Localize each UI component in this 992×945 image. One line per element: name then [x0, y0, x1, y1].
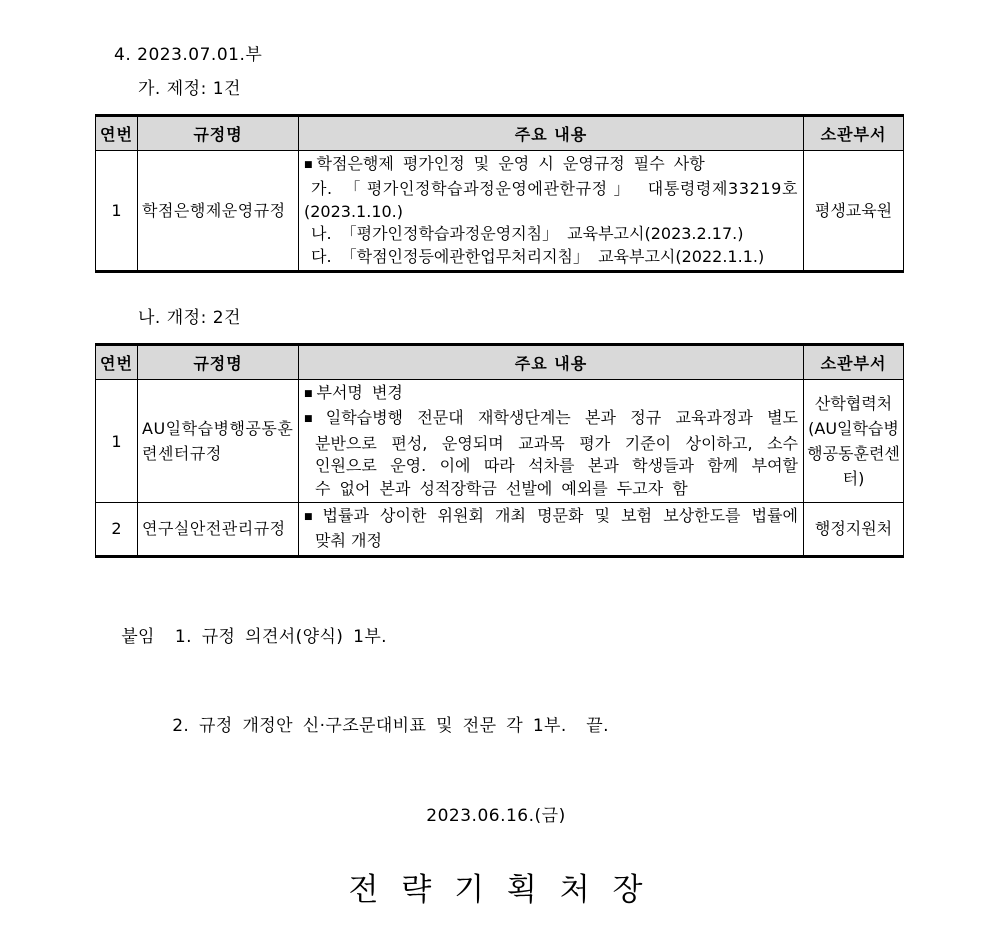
column-header-no: 연번: [96, 345, 138, 380]
attachment-item-2: 2. 규정 개정안 신·구조문대비표 및 전문 각 1부. 끝.: [172, 716, 609, 736]
table-row: 2 연구실안전관리규정 ■법률과 상이한 위원회 개최 명문화 및 보험 보상한…: [96, 503, 904, 557]
content-line: 분반으로 편성, 운영되며 교과목 평가 기준이 상이하고, 소수: [304, 433, 798, 455]
row-number: 2: [96, 503, 138, 557]
section-b-label: 나. 개정: 2건: [138, 308, 992, 329]
bullet-square-icon: ■: [304, 512, 319, 522]
department-cell: 평생교육원: [804, 151, 904, 272]
document-page: 4. 2023.07.01.부 가. 제정: 1건 연번 규정명 주요 내용 소…: [0, 0, 992, 945]
content-line: 나. 「평가인정학습과정운영지침」 교육부고시(2023.2.17.): [304, 223, 798, 245]
document-date: 2023.06.16.(금): [0, 801, 992, 826]
content-line: ■학점은행제 평가인정 및 운영 시 운영규정 필수 사항: [304, 153, 798, 178]
department-cell: 산학협력처 (AU일학습병행공동훈련센터): [804, 380, 904, 503]
attachment-line-2: 2. 규정 개정안 신·구조문대비표 및 전문 각 1부. 끝.: [133, 693, 992, 759]
department-cell: 행정지원처: [804, 503, 904, 557]
content-line: (2023.1.10.): [304, 201, 798, 223]
regulation-name: 연구실안전관리규정: [138, 503, 299, 557]
enacted-regulations-table: 연번 규정명 주요 내용 소관부서 1 학점은행제운영규정 ■학점은행제 평가인…: [95, 114, 904, 273]
attachment-label: 붙임: [121, 627, 155, 647]
signature-title: 전 략 기 획 처 장: [0, 864, 992, 909]
table-header-row: 연번 규정명 주요 내용 소관부서: [96, 345, 904, 380]
column-header-regulation-name: 규정명: [138, 116, 299, 151]
column-header-regulation-name: 규정명: [138, 345, 299, 380]
content-line-text: 부서명 변경: [317, 383, 403, 402]
column-header-department: 소관부서: [804, 345, 904, 380]
table-row: 1 학점은행제운영규정 ■학점은행제 평가인정 및 운영 시 운영규정 필수 사…: [96, 151, 904, 272]
main-content-cell: ■학점은행제 평가인정 및 운영 시 운영규정 필수 사항 가. 「평가인정학습…: [299, 151, 804, 272]
row-number: 1: [96, 151, 138, 272]
attachment-line-1: 붙임1. 규정 의견서(양식) 1부.: [82, 604, 992, 670]
content-line: ■일학습병행 전문대 재학생단계는 본과 정규 교육과정과 별도: [304, 407, 798, 432]
table-header-row: 연번 규정명 주요 내용 소관부서: [96, 116, 904, 151]
content-line: 맞춰 개정: [304, 530, 798, 552]
amended-regulations-table: 연번 규정명 주요 내용 소관부서 1 AU일학습병행공동훈련센터규정 ■부서명…: [95, 343, 904, 558]
content-line-text: 학점은행제 평가인정 및 운영 시 운영규정 필수 사항: [317, 154, 705, 173]
content-line-text: 법률과 상이한 위원회 개최 명문화 및 보험 보상한도를 법률에: [323, 506, 798, 525]
column-header-department: 소관부서: [804, 116, 904, 151]
bullet-square-icon: ■: [304, 160, 313, 170]
regulation-name: 학점은행제운영규정: [138, 151, 299, 272]
column-header-main-content: 주요 내용: [299, 116, 804, 151]
content-line: 수 없어 본과 성적장학금 선발에 예외를 두고자 함: [304, 478, 798, 500]
column-header-no: 연번: [96, 116, 138, 151]
content-line: ■법률과 상이한 위원회 개최 명문화 및 보험 보상한도를 법률에: [304, 505, 798, 530]
bullet-square-icon: ■: [304, 414, 322, 424]
content-line: 가. 「평가인정학습과정운영에관한규정」 대통령령제33219호: [304, 178, 798, 200]
content-line: 다. 「학점인정등에관한업무처리지침」 교육부고시(2022.1.1.): [304, 246, 798, 268]
main-content-cell: ■부서명 변경 ■일학습병행 전문대 재학생단계는 본과 정규 교육과정과 별도…: [299, 380, 804, 503]
row-number: 1: [96, 380, 138, 503]
bullet-square-icon: ■: [304, 389, 313, 399]
heading-effective-date: 4. 2023.07.01.부: [114, 0, 992, 66]
main-content-cell: ■법률과 상이한 위원회 개최 명문화 및 보험 보상한도를 법률에 맞춰 개정: [299, 503, 804, 557]
column-header-main-content: 주요 내용: [299, 345, 804, 380]
content-line: ■부서명 변경: [304, 382, 798, 407]
regulation-name: AU일학습병행공동훈련센터규정: [138, 380, 299, 503]
attachment-item-1: 1. 규정 의견서(양식) 1부.: [175, 627, 387, 647]
content-line: 인원으로 운영. 이에 따라 석차를 본과 학생들과 함께 부여할: [304, 455, 798, 477]
content-line-text: 일학습병행 전문대 재학생단계는 본과 정규 교육과정과 별도: [326, 408, 798, 427]
section-a-label: 가. 제정: 1건: [138, 79, 992, 100]
table-row: 1 AU일학습병행공동훈련센터규정 ■부서명 변경 ■일학습병행 전문대 재학생…: [96, 380, 904, 503]
